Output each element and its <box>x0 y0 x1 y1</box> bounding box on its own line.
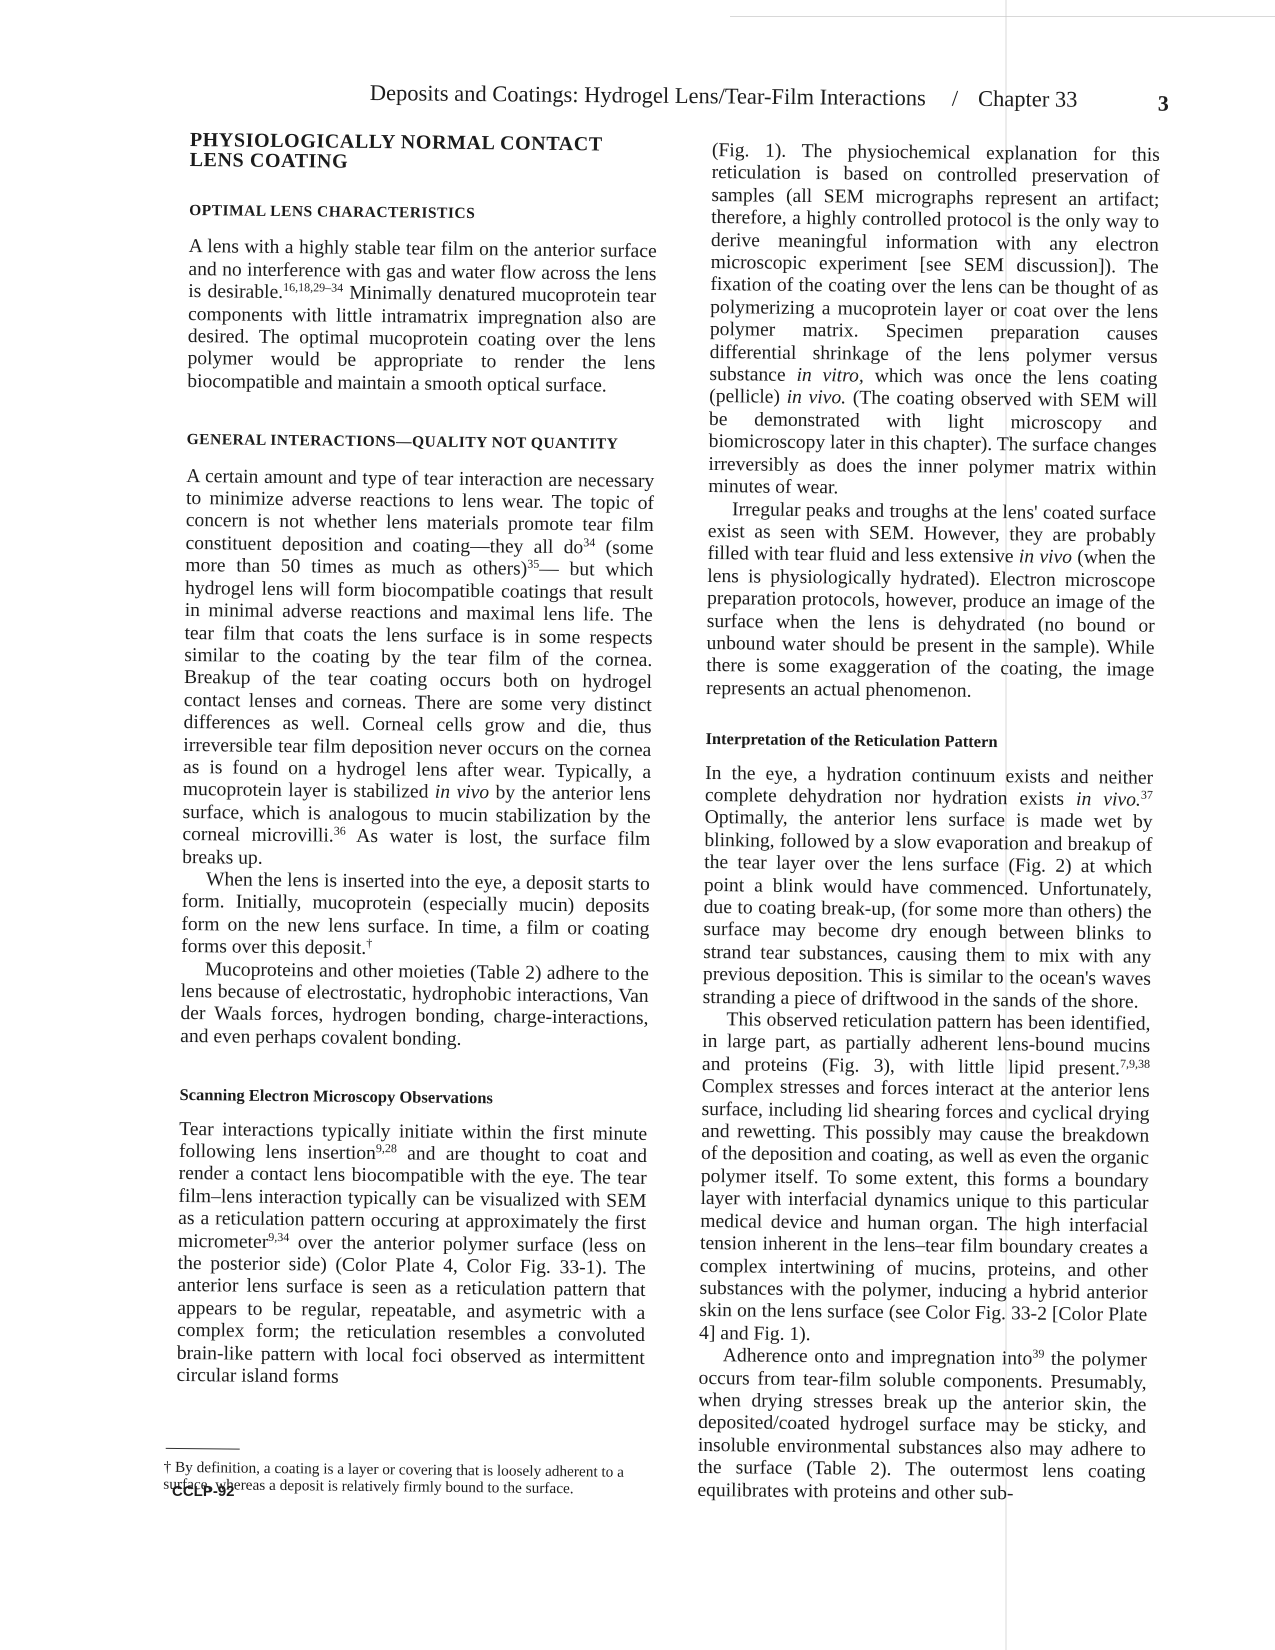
paragraph: When the lens is inserted into the eye, … <box>181 869 650 964</box>
paragraph: Tear interactions typically initiate wit… <box>176 1119 647 1393</box>
publication-code: CCLP-92 <box>172 1483 235 1500</box>
subheading-reticulation-pattern: Interpretation of the Reticulation Patte… <box>705 728 1153 755</box>
citation: 7,9,38 <box>1120 1056 1150 1070</box>
left-column: PHYSIOLOGICALLY NORMAL CONTACT LENS COAT… <box>175 130 658 1497</box>
footnote: † By definition, a coating is a layer or… <box>163 1458 643 1497</box>
paragraph: This observed reticulation pattern has b… <box>699 1009 1151 1350</box>
subheading-sem-observations: Scanning Electron Microscopy Observation… <box>179 1084 647 1111</box>
paragraph: Adherence onto and impregnation into39 t… <box>697 1345 1147 1507</box>
citation: 9,34 <box>268 1230 289 1244</box>
paragraph: A certain amount and type of tear intera… <box>182 466 654 874</box>
paragraph: Irregular peaks and troughs at the lens'… <box>706 498 1156 704</box>
paragraph: (Fig. 1). The physiochemical explanation… <box>708 140 1160 503</box>
citation: 34 <box>583 535 595 549</box>
running-head: Deposits and Coatings: Hydrogel Lens/Tea… <box>370 80 1190 114</box>
citation: 35 <box>527 557 539 571</box>
chapter-label: Chapter 33 <box>978 86 1078 112</box>
paragraph: Mucoproteins and other moieties (Table 2… <box>180 959 649 1054</box>
running-title: Deposits and Coatings: Hydrogel Lens/Tea… <box>370 80 926 110</box>
citation: 9,28 <box>376 1141 397 1155</box>
citation: 36 <box>334 824 346 838</box>
citation: 39 <box>1032 1347 1044 1361</box>
right-column: (Fig. 1). The physiochemical explanation… <box>697 140 1160 1507</box>
subheading-general-interactions: GENERAL INTERACTIONS—QUALITY NOT QUANTIT… <box>187 429 655 456</box>
citation: 16,18,29–34 <box>283 280 343 295</box>
section-heading: PHYSIOLOGICALLY NORMAL CONTACT LENS COAT… <box>190 130 658 175</box>
header-separator: / <box>952 86 959 111</box>
subheading-optimal-lens: OPTIMAL LENS CHARACTERISTICS <box>189 200 657 227</box>
paragraph: A lens with a highly stable tear film on… <box>187 236 657 398</box>
paragraph: In the eye, a hydration continuum exists… <box>703 763 1154 1014</box>
scan-edge-line <box>730 16 1275 17</box>
citation: 37 <box>1141 788 1153 802</box>
footnote-mark: † <box>366 936 372 950</box>
footnote-rule <box>166 1447 240 1449</box>
page-number: 3 <box>1158 91 1169 117</box>
